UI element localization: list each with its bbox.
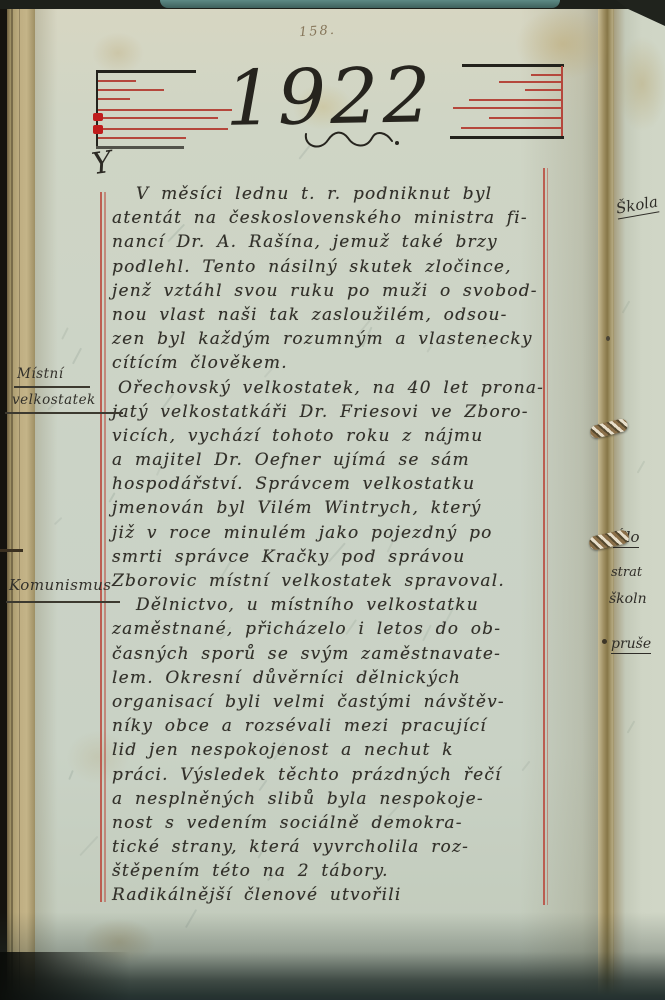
text-line: práci. Výsledek těchto prázdných řečí xyxy=(112,763,552,787)
text-line: tické strany, která vyvrcholila roz- xyxy=(112,835,552,859)
margin-note-velkostatek: velkostatek xyxy=(12,392,96,408)
margin-note-underline xyxy=(5,412,123,414)
text-line: a nesplněných slibů byla nespokoje- xyxy=(112,787,552,811)
text-line: štěpením této na 2 tábory. xyxy=(112,859,552,883)
cover-sliver xyxy=(160,0,560,8)
margin-note-underline xyxy=(14,386,90,388)
text-line: jatý velkostatkáři Dr. Friesovi ve Zboro… xyxy=(112,400,552,424)
left-margin-rule xyxy=(104,192,106,902)
text-line: atentát na československého ministra fi- xyxy=(112,206,552,230)
text-line: již v roce minulém jako pojezdný po xyxy=(112,521,552,545)
text-line: lid jen nespokojenost a nechut k xyxy=(112,738,552,762)
ink-speck xyxy=(606,336,610,341)
text-line: nancí Dr. A. Rašína, jemuž také brzy xyxy=(112,230,552,254)
text-line: zaměstnané, přicházelo i letos do ob- xyxy=(112,617,552,641)
next-page-note-fragment: strat xyxy=(611,565,642,580)
text-line: lem. Okresní důvěrníci dělnických xyxy=(112,666,552,690)
text-line: vicích, vychází tohoto roku z nájmu xyxy=(112,424,552,448)
chronicle-photo: 158. 1922 Y V měsíci lednu t xyxy=(0,0,665,1000)
text-line: hospodářství. Správcem velkostatku xyxy=(112,472,552,496)
text-line: V měsíci lednu t. r. podniknut byl xyxy=(112,182,552,206)
left-ornament-bars xyxy=(96,70,236,150)
ink-speck xyxy=(602,639,607,644)
text-line: jmenován byl Vilém Wintrych, který xyxy=(112,496,552,520)
right-ornament-bars xyxy=(450,64,564,142)
paragraph-atentat: V měsíci lednu t. r. podniknut byl atent… xyxy=(112,182,552,376)
paragraph-velkostatek: Ořechovský velkostatek, na 40 let prona-… xyxy=(112,376,552,594)
text-line: cítícím člověkem. xyxy=(112,351,552,375)
left-margin-rule xyxy=(100,192,102,902)
text-line: zen byl každým rozumným a vlastenecky xyxy=(112,327,552,351)
text-line: Ořechovský velkostatek, na 40 let prona- xyxy=(112,376,552,400)
text-line: Radikálnější členové utvořili xyxy=(112,883,552,907)
text-line: nost s vedením sociálně demokra- xyxy=(112,811,552,835)
text-line: nou vlast naši tak zasloužilém, odsou- xyxy=(112,303,552,327)
paragraph-komunismus: Dělnictvo, u místního velkostatku zaměst… xyxy=(112,593,552,907)
page-number: 158. xyxy=(299,23,337,41)
margin-note-mistni: Místní xyxy=(17,366,64,382)
next-page-note-fragment: pruše xyxy=(611,636,651,654)
text-line: podlehl. Tento násilný skutek zločince, xyxy=(112,255,552,279)
next-page-note-fragment: školn xyxy=(609,591,647,607)
margin-note-komunismus: Komunismus xyxy=(9,576,111,594)
heading-flourish xyxy=(302,126,402,154)
text-line: smrti správce Kračky pod správou xyxy=(112,545,552,569)
text-line: a majitel Dr. Oefner ujímá se sám xyxy=(112,448,552,472)
handwritten-text: V měsíci lednu t. r. podniknut byl atent… xyxy=(112,182,552,908)
text-line: Zborovic místní velkostatek spravoval. xyxy=(112,569,552,593)
text-line: organisací byli velmi častými návštěv- xyxy=(112,690,552,714)
text-line: Dělnictvo, u místního velkostatku xyxy=(112,593,552,617)
text-line: jenž vztáhl svou ruku po muži o svobod- xyxy=(112,279,552,303)
text-line: časných sporů se svým zaměstnavate- xyxy=(112,642,552,666)
margin-note-underline xyxy=(6,601,120,603)
text-line: níky obce a rozsévali mezi pracující xyxy=(112,714,552,738)
